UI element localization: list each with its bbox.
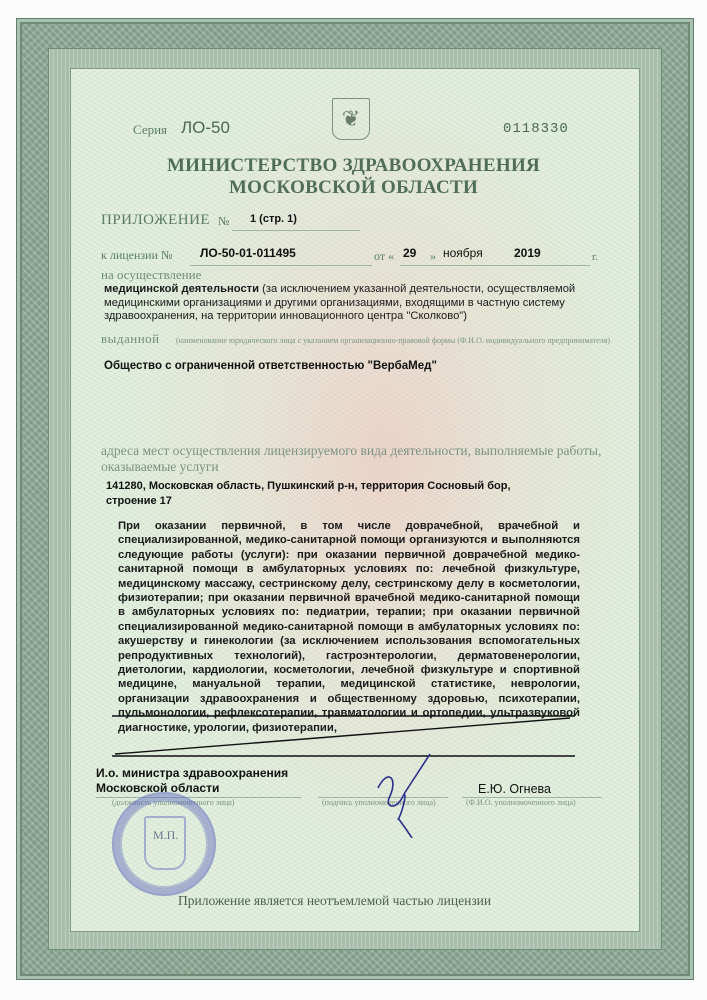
appendix-underline [232, 230, 360, 231]
addresses-label: адреса мест осуществления лицензируемого… [101, 443, 611, 475]
date-day: 29 [403, 246, 416, 260]
appendix-value: 1 (стр. 1) [250, 213, 297, 225]
license-label: к лицензии № [101, 248, 172, 263]
series-label: Серия [133, 122, 167, 138]
blank-number: 0118330 [503, 121, 569, 137]
ministry-title-line2: МОСКОВСКОЙ ОБЛАСТИ [0, 177, 707, 199]
issued-label: выданной [101, 331, 160, 347]
stamp-emblem-icon [144, 816, 186, 870]
date-day-close: » [430, 249, 436, 264]
issued-caption: (наименование юридического лица с указан… [176, 334, 616, 347]
date-prefix: от « [374, 249, 394, 264]
handwritten-signature [368, 748, 438, 838]
activity-value-bold: медицинской деятельности [104, 283, 259, 295]
activity-value: медицинской деятельности (за исключением… [104, 283, 589, 324]
footer-note: Приложение является неотъемлемой частью … [178, 893, 491, 909]
appendix-label: ПРИЛОЖЕНИЕ [101, 212, 210, 229]
stamp-mark: М.П. [153, 828, 178, 843]
signer-position-line1: И.о. министра здравоохранения [96, 766, 288, 780]
license-number: ЛО-50-01-011495 [200, 246, 296, 260]
license-number-underline [190, 265, 372, 266]
date-year: 2019 [514, 246, 541, 260]
signer-name: Е.Ю. Огнева [478, 782, 551, 796]
series-value: ЛО-50 [181, 118, 230, 138]
organization-name: Общество с ограниченной ответственностью… [104, 360, 437, 372]
blank-space-z-line [100, 712, 580, 762]
name-caption: (Ф.И.О. уполномоченного лица) [466, 798, 576, 807]
year-suffix: г. [592, 251, 598, 263]
date-month: ноября [443, 246, 483, 260]
services-list: При оказании первичной, в том числе довр… [118, 519, 580, 735]
ministry-title-line1: МИНИСТЕРСТВО ЗДРАВООХРАНЕНИЯ [0, 155, 707, 177]
activity-address: 141280, Московская область, Пушкинский р… [106, 479, 546, 508]
official-stamp [112, 792, 216, 896]
date-underline [400, 265, 590, 266]
coat-of-arms-icon: ❦ [332, 98, 370, 140]
activity-label: на осуществление [101, 267, 201, 283]
appendix-number-sign: № [218, 214, 229, 229]
